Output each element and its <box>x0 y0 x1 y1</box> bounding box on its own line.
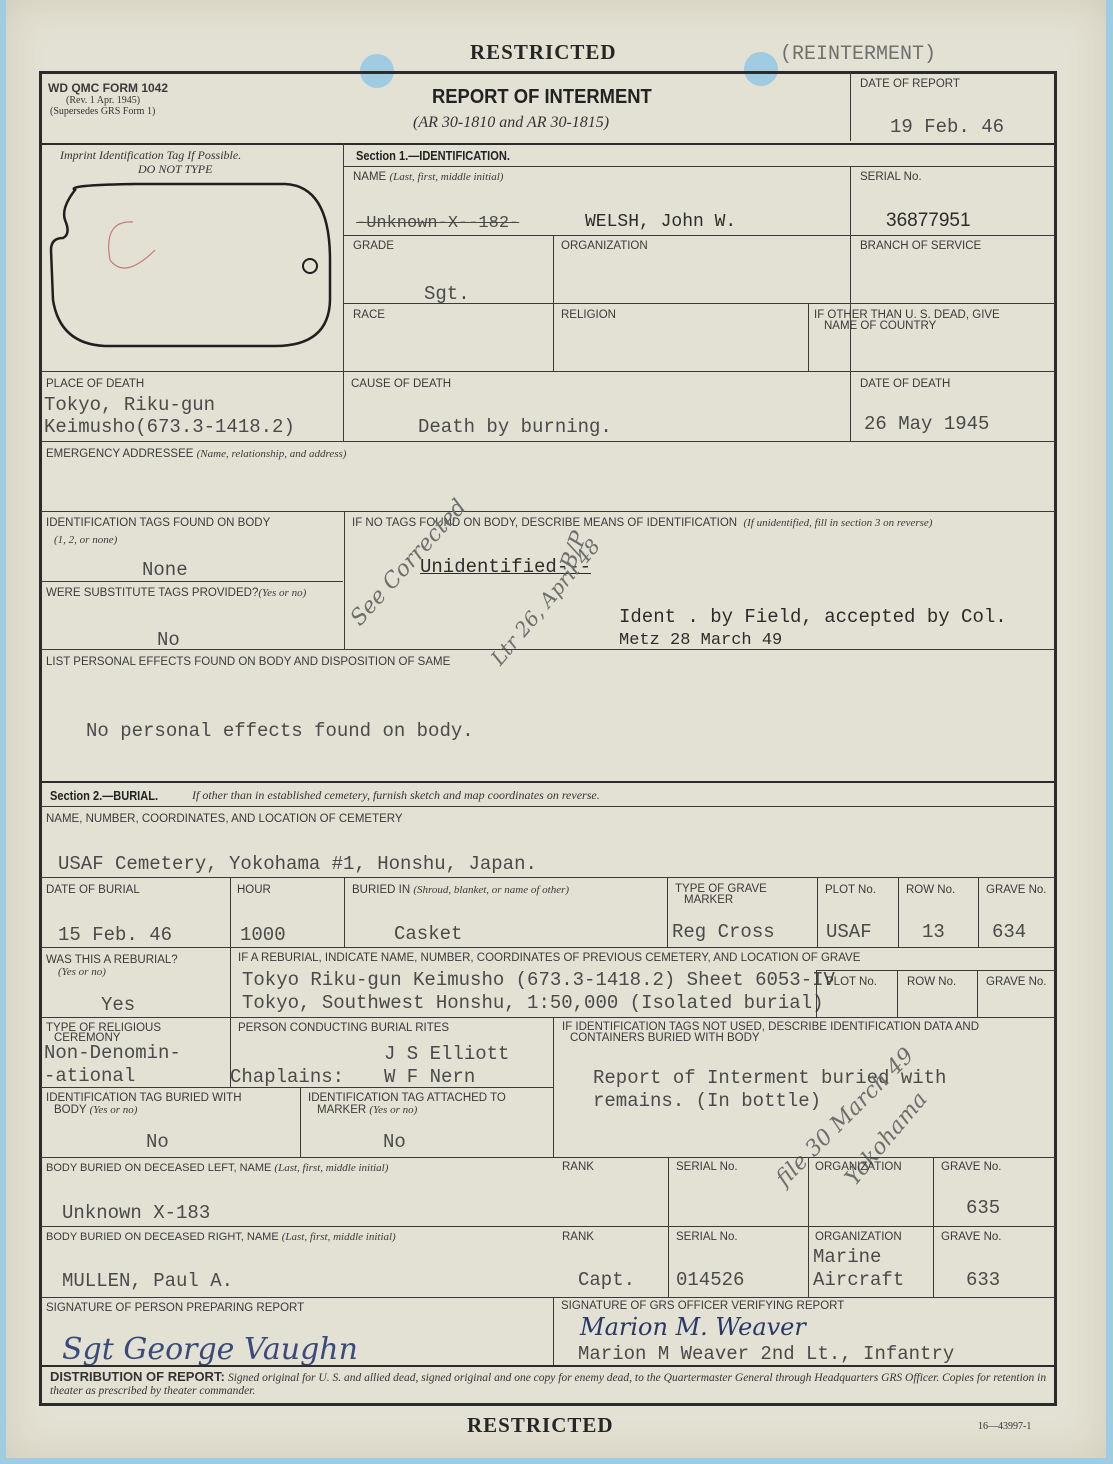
tag-buried-label: IDENTIFICATION TAG BURIED WITH <box>46 1092 242 1104</box>
right-body-org-value-2[interactable]: Aircraft <box>813 1270 904 1291</box>
buried-in-label: BURIED IN (Shroud, blanket, or name of o… <box>352 884 569 896</box>
plot-value[interactable]: USAF <box>826 922 872 943</box>
ceremony-value-1[interactable]: Non-Denomin- <box>44 1043 181 1064</box>
divider <box>897 970 898 1017</box>
divider <box>343 166 1055 167</box>
personal-effects-label: LIST PERSONAL EFFECTS FOUND ON BODY AND … <box>46 656 450 668</box>
organization-label: ORGANIZATION <box>561 240 648 252</box>
reinterment-stamp: (REINTERMENT) <box>780 43 936 66</box>
tag-marker-label-2: MARKER (Yes or no) <box>317 1104 417 1116</box>
divider <box>668 1157 669 1297</box>
name-label: NAME (Last, first, middle initial) <box>353 171 503 183</box>
divider <box>850 166 851 371</box>
personal-effects-value[interactable]: No personal effects found on body. <box>86 721 474 742</box>
divider <box>41 1365 1055 1367</box>
emergency-addressee-label: EMERGENCY ADDRESSEE (Name, relationship,… <box>46 448 346 460</box>
distribution-note: DISTRIBUTION OF REPORT: Signed original … <box>50 1370 1055 1398</box>
means-value-2[interactable]: Ident . by Field, accepted by Col. <box>619 607 1007 628</box>
right-body-serial-label: SERIAL No. <box>676 1231 738 1243</box>
rites-value-2[interactable]: W F Nern <box>384 1067 475 1088</box>
rites-prefix: Chaplains: <box>230 1067 344 1088</box>
divider <box>41 371 1055 372</box>
verifier-signature[interactable]: Marion M. Weaver <box>580 1313 806 1341</box>
divider <box>41 581 343 582</box>
religion-label: RELIGION <box>561 309 616 321</box>
substitute-tags-label: WERE SUBSTITUTE TAGS PROVIDED?(Yes or no… <box>46 587 306 599</box>
row-value[interactable]: 13 <box>922 922 945 943</box>
preparer-label: SIGNATURE OF PERSON PREPARING REPORT <box>46 1302 304 1314</box>
right-body-grave-value[interactable]: 633 <box>966 1270 1000 1291</box>
divider <box>898 877 899 947</box>
hour-value[interactable]: 1000 <box>240 925 286 946</box>
place-of-death-line1[interactable]: Tokyo, Riku-gun <box>44 395 215 416</box>
left-body-grave-label: GRAVE No. <box>941 1161 1002 1173</box>
date-of-burial-value[interactable]: 15 Feb. 46 <box>58 925 172 946</box>
grave-marker-label-2: MARKER <box>684 894 733 906</box>
place-of-death-line2[interactable]: Keimusho(673.3-1418.2) <box>44 417 295 438</box>
date-of-report-value[interactable]: 19 Feb. 46 <box>890 117 1004 138</box>
id-containers-value-2[interactable]: remains. (In bottle) <box>593 1091 821 1112</box>
prev-row-label: ROW No. <box>907 976 956 988</box>
divider <box>41 947 1055 948</box>
divider <box>41 441 1055 442</box>
serial-value[interactable]: 36877951 <box>886 210 971 231</box>
buried-in-value[interactable]: Casket <box>394 924 462 945</box>
divider <box>41 1157 1055 1158</box>
rites-value-1[interactable]: J S Elliott <box>384 1044 509 1065</box>
divider <box>667 877 668 947</box>
divider <box>343 143 344 371</box>
tag-buried-value[interactable]: No <box>146 1132 169 1153</box>
ceremony-value-2[interactable]: -ational <box>44 1066 135 1087</box>
substitute-tags-value[interactable]: No <box>157 630 180 651</box>
divider <box>816 970 817 1017</box>
divider <box>41 143 1055 145</box>
previous-cemetery-value-1[interactable]: Tokyo Riku-gun Keimusho (673.3-1418.2) S… <box>242 970 835 991</box>
tag-imprint-warning: DO NOT TYPE <box>138 162 212 177</box>
divider <box>933 1157 934 1297</box>
prev-grave-label: GRAVE No. <box>986 976 1047 988</box>
divider <box>344 877 345 947</box>
left-body-serial-label: SERIAL No. <box>676 1161 738 1173</box>
branch-label: BRANCH OF SERVICE <box>860 240 981 252</box>
divider <box>41 877 1055 878</box>
serial-label: SERIAL No. <box>860 171 922 183</box>
divider <box>41 1087 553 1088</box>
place-of-death-label: PLACE OF DEATH <box>46 378 144 390</box>
divider <box>343 371 344 441</box>
date-of-burial-label: DATE OF BURIAL <box>46 884 140 896</box>
previous-cemetery-label: IF A REBURIAL, INDICATE NAME, NUMBER, CO… <box>238 952 860 964</box>
divider <box>41 511 1055 512</box>
print-code: 16—43997-1 <box>978 1421 1031 1432</box>
id-containers-label-2: CONTAINERS BURIED WITH BODY <box>570 1032 760 1044</box>
reburial-label: WAS THIS A REBURIAL? <box>46 954 178 966</box>
cemetery-value[interactable]: USAF Cemetery, Yokohama #1, Honshu, Japa… <box>58 854 537 875</box>
left-body-name-value[interactable]: Unknown X-183 <box>62 1203 210 1224</box>
divider <box>300 1087 301 1157</box>
name-value[interactable]: WELSH, John W. <box>585 212 736 233</box>
rites-label: PERSON CONDUCTING BURIAL RITES <box>238 1022 449 1034</box>
divider <box>977 970 978 1017</box>
verifier-label: SIGNATURE OF GRS OFFICER VERIFYING REPOR… <box>561 1300 844 1312</box>
divider <box>808 1157 809 1297</box>
grave-marker-value[interactable]: Reg Cross <box>672 922 775 943</box>
grave-label: GRAVE No. <box>986 884 1047 896</box>
classification-top: RESTRICTED <box>470 40 617 65</box>
name-struck-value: -Unknown-X--182- <box>356 213 519 234</box>
divider <box>816 970 1055 971</box>
cause-of-death-value[interactable]: Death by burning. <box>418 417 612 438</box>
section2-heading: Section 2.—BURIAL. <box>50 788 158 803</box>
grave-value[interactable]: 634 <box>992 922 1026 943</box>
divider <box>41 781 1055 783</box>
form-revision: (Rev. 1 Apr. 1945) <box>66 95 140 106</box>
row-label: ROW No. <box>906 884 955 896</box>
right-body-grave-label: GRAVE No. <box>941 1231 1002 1243</box>
left-body-grave-value[interactable]: 635 <box>966 1198 1000 1219</box>
means-value-3[interactable]: Metz 28 March 49 <box>619 630 782 651</box>
preparer-signature[interactable]: Sgt George Vaughn <box>62 1332 358 1367</box>
left-body-org-label: ORGANIZATION <box>815 1161 902 1173</box>
divider <box>41 1297 1055 1298</box>
divider <box>808 303 809 371</box>
divider <box>553 1017 554 1157</box>
grade-value[interactable]: Sgt. <box>424 284 470 305</box>
divider <box>344 511 345 649</box>
date-of-death-value[interactable]: 26 May 1945 <box>864 414 989 435</box>
dog-tag-outline-icon <box>45 180 335 350</box>
divider <box>817 877 818 947</box>
tag-marker-label: IDENTIFICATION TAG ATTACHED TO <box>308 1092 506 1104</box>
race-label: RACE <box>353 309 385 321</box>
previous-cemetery-value-2[interactable]: Tokyo, Southwest Honshu, 1:50,000 (Isola… <box>242 993 824 1014</box>
right-body-rank-value[interactable]: Capt. <box>578 1270 635 1291</box>
right-body-org-label: ORGANIZATION <box>815 1231 902 1243</box>
tags-found-label: IDENTIFICATION TAGS FOUND ON BODY <box>46 517 270 529</box>
cemetery-label: NAME, NUMBER, COORDINATES, AND LOCATION … <box>46 813 403 825</box>
right-body-serial-value[interactable]: 014526 <box>676 1270 744 1291</box>
reburial-hint: (Yes or no) <box>58 966 106 978</box>
right-body-name-value[interactable]: MULLEN, Paul A. <box>62 1271 233 1292</box>
country-label-2: NAME OF COUNTRY <box>824 320 936 332</box>
prev-plot-label: PLOT No. <box>826 976 877 988</box>
divider <box>41 649 1055 650</box>
right-body-rank-label: RANK <box>562 1231 594 1243</box>
divider <box>553 1297 554 1365</box>
cause-of-death-label: CAUSE OF DEATH <box>351 378 451 390</box>
form-regulation: (AR 30-1810 and AR 30-1815) <box>413 114 609 132</box>
tag-imprint-label: Imprint Identification Tag If Possible. <box>60 148 241 163</box>
reburial-value[interactable]: Yes <box>101 995 135 1016</box>
divider <box>41 1226 1055 1227</box>
divider <box>41 806 1055 807</box>
left-body-name-label: BODY BURIED ON DECEASED LEFT, NAME (Last… <box>46 1162 388 1174</box>
form-title: REPORT OF INTERMENT <box>432 86 652 109</box>
section1-heading: Section 1.—IDENTIFICATION. <box>356 148 510 163</box>
hour-label: HOUR <box>237 884 271 896</box>
tags-found-hint: (1, 2, or none) <box>54 534 117 546</box>
divider <box>978 877 979 947</box>
form-supersedes: (Supersedes GRS Form 1) <box>50 106 155 117</box>
left-body-rank-label: RANK <box>562 1161 594 1173</box>
verifier-typed-name[interactable]: Marion M Weaver 2nd Lt., Infantry <box>578 1344 954 1365</box>
date-of-report-label: DATE OF REPORT <box>860 78 960 90</box>
divider <box>850 73 851 141</box>
section2-note: If other than in established cemetery, f… <box>192 788 600 803</box>
divider <box>41 1017 1055 1018</box>
classification-bottom: RESTRICTED <box>467 1413 614 1438</box>
divider <box>343 235 1055 236</box>
grade-label: GRADE <box>353 240 394 252</box>
date-of-death-label: DATE OF DEATH <box>860 378 950 390</box>
right-body-name-label: BODY BURIED ON DECEASED RIGHT, NAME (Las… <box>46 1231 396 1243</box>
plot-label: PLOT No. <box>825 884 876 896</box>
divider <box>343 303 1055 304</box>
tags-found-value[interactable]: None <box>142 560 188 581</box>
right-body-org-value-1[interactable]: Marine <box>813 1247 881 1268</box>
tag-marker-value[interactable]: No <box>383 1132 406 1153</box>
tag-buried-label-2: BODY (Yes or no) <box>54 1104 137 1116</box>
divider <box>850 371 851 441</box>
form-number: WD QMC FORM 1042 <box>48 82 168 94</box>
